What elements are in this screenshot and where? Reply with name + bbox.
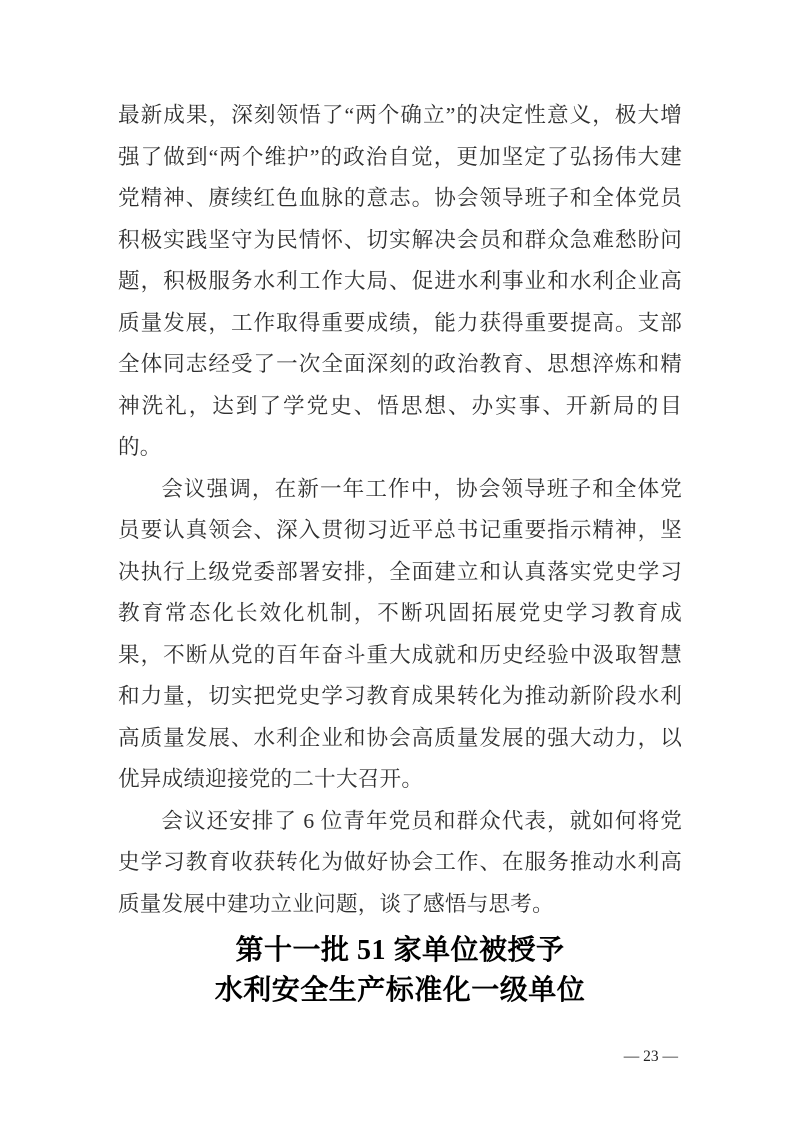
page-number: — 23 — <box>624 1048 678 1066</box>
body-paragraph-1: 最新成果，深刻领悟了“两个确立”的决定性意义，极大增强了做到“两个维护”的政治自… <box>118 95 682 469</box>
body-paragraph-3: 会议还安排了 6 位青年党员和群众代表，就如何将党史学习教育收获转化为做好协会工… <box>118 801 682 926</box>
article-title: 第十一批 51 家单位被授予 水利安全生产标准化一级单位 <box>0 931 800 1011</box>
article-title-line-2: 水利安全生产标准化一级单位 <box>0 971 800 1011</box>
article-title-line-1: 第十一批 51 家单位被授予 <box>0 931 800 971</box>
body-text-block: 最新成果，深刻领悟了“两个确立”的决定性意义，极大增强了做到“两个维护”的政治自… <box>118 95 682 925</box>
body-paragraph-2: 会议强调，在新一年工作中，协会领导班子和全体党员要认真领会、深入贯彻习近平总书记… <box>118 469 682 801</box>
document-page: 最新成果，深刻领悟了“两个确立”的决定性意义，极大增强了做到“两个维护”的政治自… <box>0 0 800 1131</box>
